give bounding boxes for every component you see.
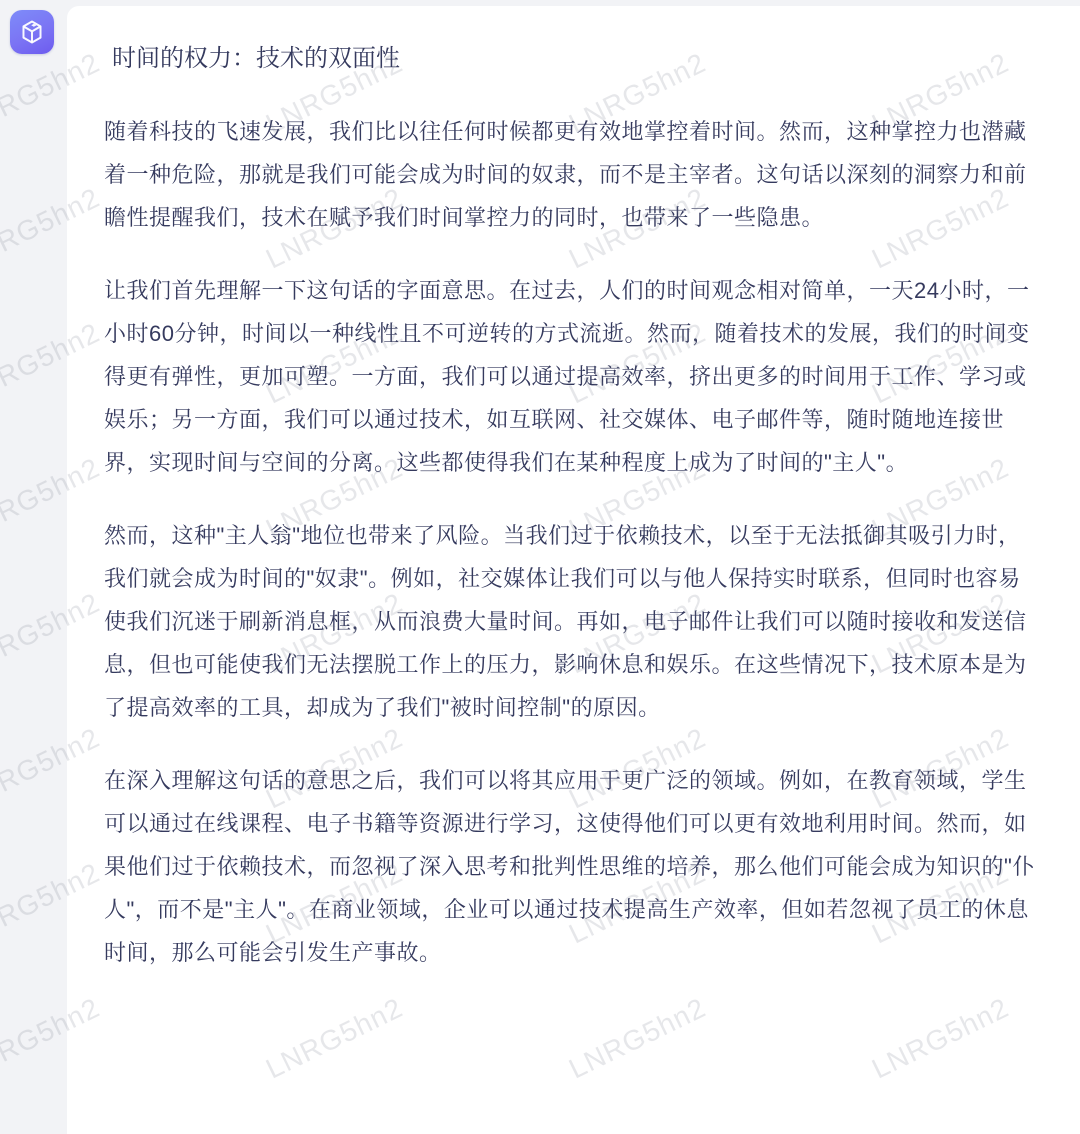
watermark-text: LNRG5hn2 <box>564 0 711 5</box>
paragraph: 随着科技的飞速发展，我们比以往任何时候都更有效地掌控着时间。然而，这种掌控力也潜… <box>104 110 1038 239</box>
paragraph: 然而，这种"主人翁"地位也带来了风险。当我们过于依赖技术，以至于无法抵御其吸引力… <box>104 514 1038 729</box>
message-card: 时间的权力：技术的双面性 随着科技的飞速发展，我们比以往任何时候都更有效地掌控着… <box>67 6 1080 1134</box>
assistant-avatar <box>10 10 54 54</box>
document-title: 时间的权力：技术的双面性 <box>112 42 1038 76</box>
watermark-text: LNRG5hn2 <box>867 0 1014 5</box>
watermark-text: LNRG5hn2 <box>261 0 408 5</box>
message-paragraphs: 随着科技的飞速发展，我们比以往任何时候都更有效地掌控着时间。然而，这种掌控力也潜… <box>104 110 1038 974</box>
cube-logo-icon <box>18 18 46 46</box>
paragraph: 在深入理解这句话的意思之后，我们可以将其应用于更广泛的领域。例如，在教育领域，学… <box>104 759 1038 974</box>
message-content: 时间的权力：技术的双面性 随着科技的飞速发展，我们比以往任何时候都更有效地掌控着… <box>67 6 1080 1004</box>
watermark-text: LNRG5hn2 <box>0 0 105 5</box>
paragraph: 让我们首先理解一下这句话的字面意思。在过去，人们的时间观念相对简单，一天24小时… <box>104 269 1038 484</box>
